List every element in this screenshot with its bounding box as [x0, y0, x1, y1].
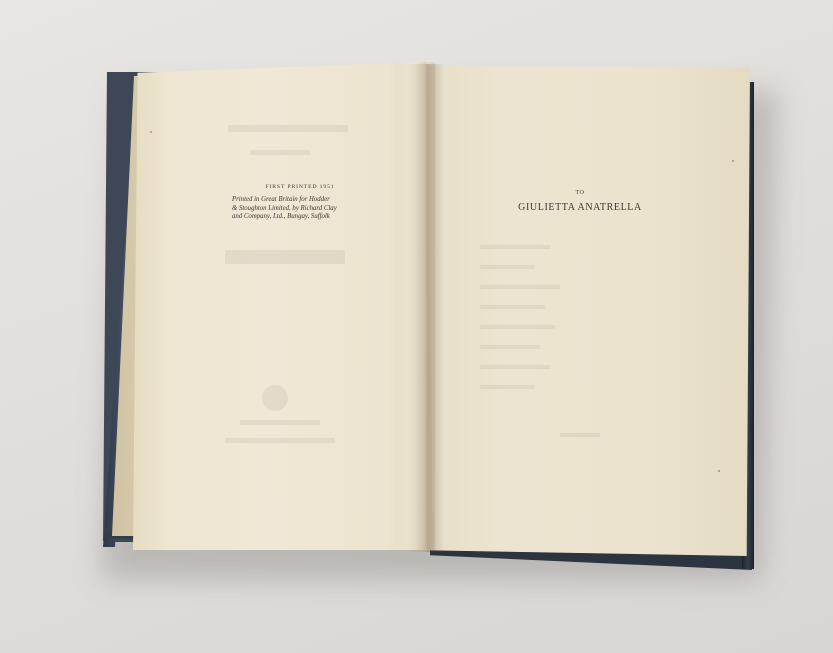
show-through-text: [225, 438, 335, 443]
show-through-contents: [480, 285, 560, 289]
show-through-contents: [480, 245, 550, 249]
show-through-text: [228, 125, 348, 132]
printer-credit: Printed in Great Britain for Hodder & St…: [228, 196, 368, 222]
show-through-contents: [480, 325, 555, 329]
show-through-contents: [480, 365, 550, 369]
photo-scene: FIRST PRINTED 1951 Printed in Great Brit…: [0, 0, 833, 653]
right-page: [418, 66, 750, 556]
left-page: [133, 62, 433, 550]
imprint-block: FIRST PRINTED 1951 Printed in Great Brit…: [228, 184, 368, 222]
first-printed-line: FIRST PRINTED 1951: [228, 184, 368, 190]
book-gutter: [408, 64, 444, 552]
show-through-contents: [480, 345, 540, 349]
dedication-name: GIULIETTA ANATRELLA: [505, 202, 655, 213]
show-through-publisher-logo: [262, 385, 288, 411]
paper-speck: [150, 131, 152, 133]
show-through-contents: [480, 305, 545, 309]
paper-speck: [718, 470, 720, 472]
show-through-contents: [480, 265, 535, 269]
show-through-text: [240, 420, 320, 425]
printer-credit-line: Printed in Great Britain for Hodder: [232, 196, 368, 205]
show-through-contents: [480, 385, 535, 389]
show-through-title: [225, 250, 345, 264]
printer-credit-line: & Stoughton Limited, by Richard Clay: [232, 205, 368, 214]
show-through-text: [250, 150, 310, 155]
paper-speck: [732, 160, 734, 162]
show-through-contents: [560, 433, 600, 437]
printer-credit-line: and Company, Ltd., Bungay, Suffolk: [232, 213, 368, 222]
dedication-block: TO GIULIETTA ANATRELLA: [505, 190, 655, 213]
dedication-to: TO: [505, 190, 655, 196]
